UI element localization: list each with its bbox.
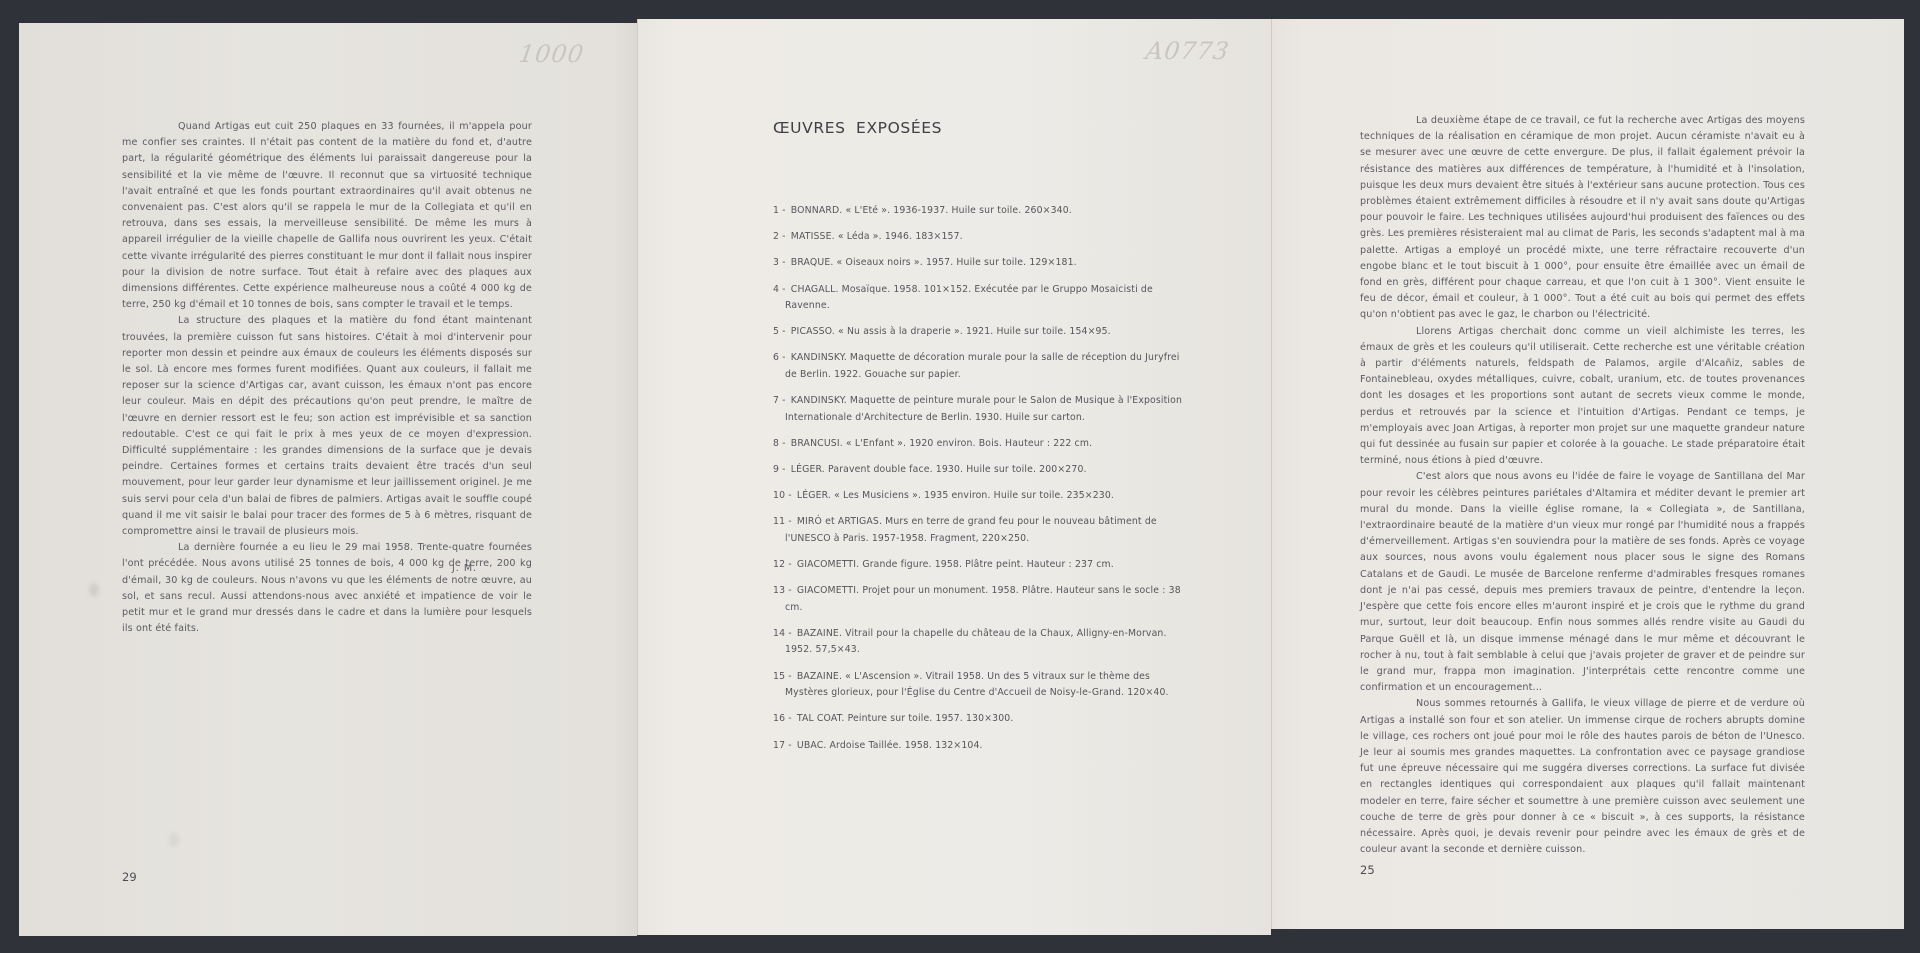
paragraph: Quand Artigas eut cuit 250 plaques en 33… — [122, 119, 532, 313]
paper-stain — [89, 583, 99, 597]
list-item: 5 - PICASSO. « Nu assis à la draperie ».… — [773, 324, 1183, 341]
page-number: 29 — [122, 870, 137, 884]
list-item: 3 - BRAQUE. « Oiseaux noirs ». 1957. Hui… — [773, 255, 1183, 272]
paragraph: Nous sommes retournés à Gallifa, le vieu… — [1360, 696, 1805, 858]
paper-stain — [169, 833, 179, 847]
list-item: 7 - KANDINSKY. Maquette de peinture mura… — [773, 393, 1183, 426]
list-item: 6 - KANDINSKY. Maquette de décoration mu… — [773, 350, 1183, 383]
author-signature: J. M. — [452, 563, 477, 574]
left-page: 1000 Quand Artigas eut cuit 250 plaques … — [19, 23, 637, 936]
paragraph: C'est alors que nous avons eu l'idée de … — [1360, 469, 1805, 696]
page-title: ŒUVRES EXPOSÉES — [773, 119, 942, 137]
list-item: 2 - MATISSE. « Léda ». 1946. 183×157. — [773, 229, 1183, 246]
middle-page: A0773 ŒUVRES EXPOSÉES 1 - BONNARD. « L'E… — [637, 19, 1271, 935]
right-page: La deuxième étape de ce travail, ce fut … — [1271, 19, 1904, 929]
paragraph: La deuxième étape de ce travail, ce fut … — [1360, 113, 1805, 324]
list-item: 9 - LÉGER. Paravent double face. 1930. H… — [773, 462, 1183, 479]
paragraph: La structure des plaques et la matière d… — [122, 313, 532, 540]
list-item: 16 - TAL COAT. Peinture sur toile. 1957.… — [773, 711, 1183, 728]
list-item: 11 - MIRÓ et ARTIGAS. Murs en terre de g… — [773, 514, 1183, 547]
essay-text: La deuxième étape de ce travail, ce fut … — [1360, 113, 1805, 858]
paragraph: Llorens Artigas cherchait donc comme un … — [1360, 324, 1805, 470]
list-item: 1 - BONNARD. « L'Eté ». 1936-1937. Huile… — [773, 203, 1183, 220]
list-item: 14 - BAZAINE. Vitrail pour la chapelle d… — [773, 626, 1183, 659]
list-item: 17 - UBAC. Ardoise Taillée. 1958. 132×10… — [773, 738, 1183, 755]
list-item: 12 - GIACOMETTI. Grande figure. 1958. Pl… — [773, 557, 1183, 574]
works-list: 1 - BONNARD. « L'Eté ». 1936-1937. Huile… — [773, 203, 1183, 764]
pencil-annotation: 1000 — [517, 40, 586, 68]
list-item: 4 - CHAGALL. Mosaïque. 1958. 101×152. Ex… — [773, 282, 1183, 315]
pencil-annotation: A0773 — [1144, 37, 1231, 65]
essay-text: Quand Artigas eut cuit 250 plaques en 33… — [122, 119, 532, 638]
list-item: 15 - BAZAINE. « L'Ascension ». Vitrail 1… — [773, 669, 1183, 702]
list-item: 13 - GIACOMETTI. Projet pour un monument… — [773, 583, 1183, 616]
page-number: 25 — [1360, 863, 1375, 877]
paragraph: La dernière fournée a eu lieu le 29 mai … — [122, 540, 532, 637]
list-item: 10 - LÉGER. « Les Musiciens ». 1935 envi… — [773, 488, 1183, 505]
list-item: 8 - BRANCUSI. « L'Enfant ». 1920 environ… — [773, 436, 1183, 453]
